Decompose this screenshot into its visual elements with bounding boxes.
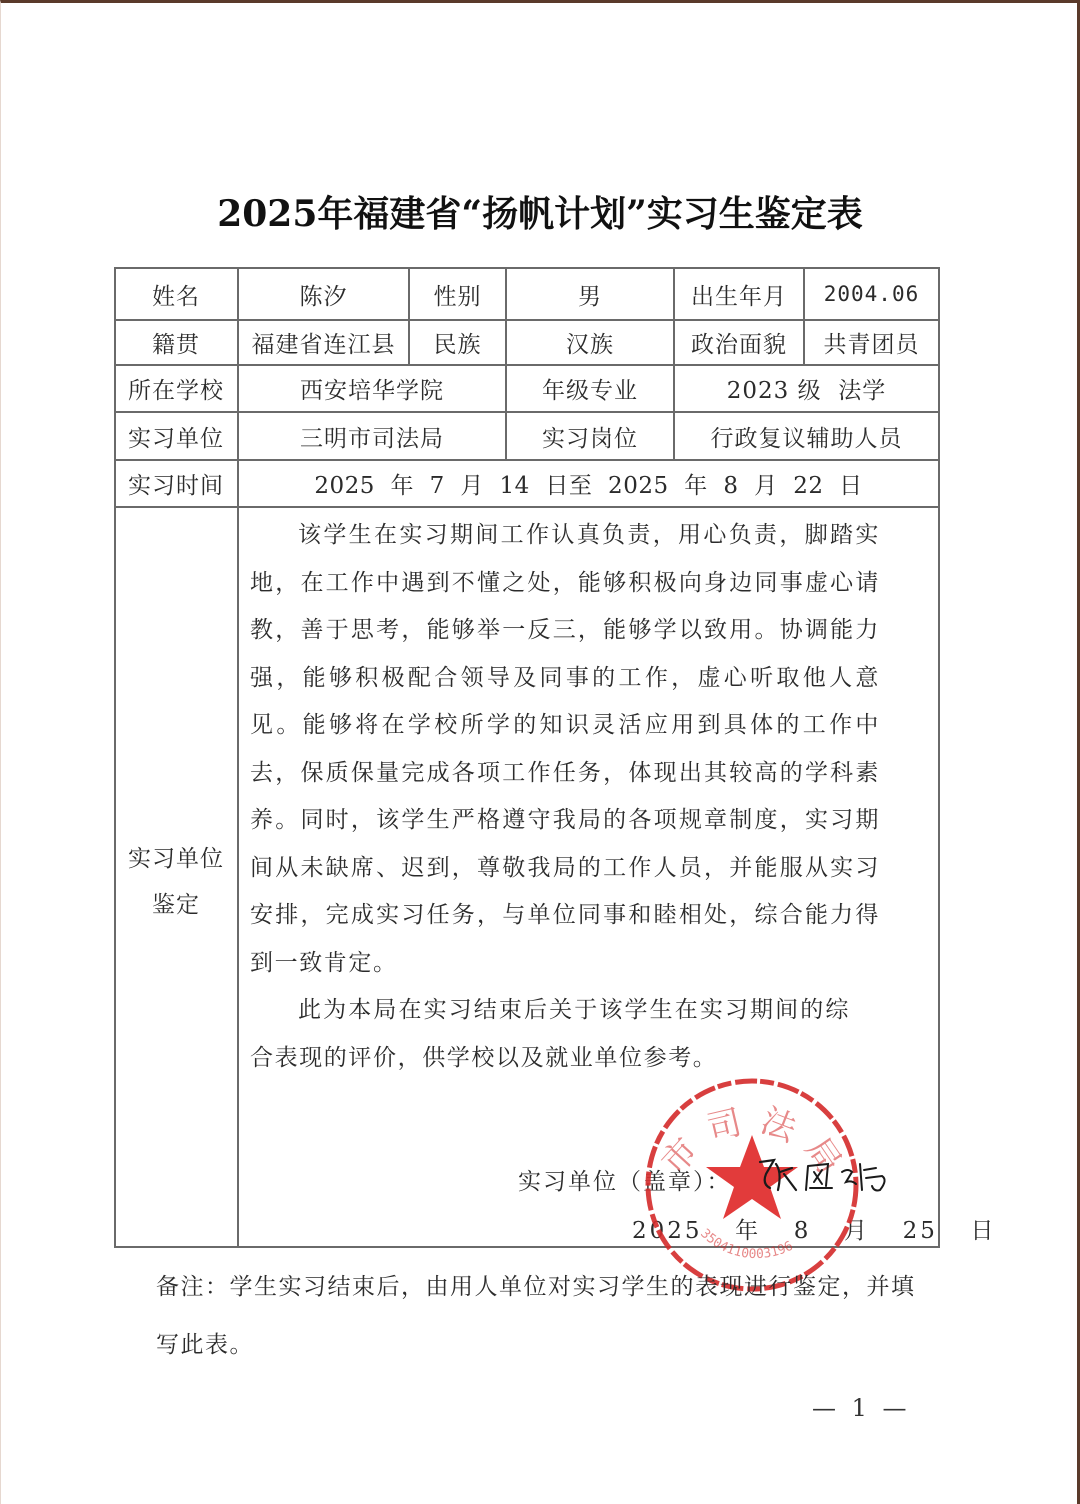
name-value: 陈汐 bbox=[239, 269, 408, 319]
document-title: 2025年福建省“扬帆计划”实习生鉴定表 bbox=[0, 188, 1080, 240]
evaluation-paragraph-1: 该学生在实习期间工作认真负责，用心负责，脚踏实地，在工作中遇到不懂之处，能够积极… bbox=[250, 512, 880, 987]
grade-major-value: 2023 级 法学 bbox=[675, 366, 938, 411]
page-number: — 1 — bbox=[812, 1394, 911, 1422]
internship-unit-value: 三明市司法局 bbox=[239, 413, 505, 459]
evaluation-date: 2025 年 8 月 25 日 bbox=[632, 1212, 997, 1245]
footnote: 备注：学生实习结束后，由用人单位对实习学生的表现进行鉴定，并填写此表。 bbox=[156, 1258, 916, 1374]
birth-date-value: 2004.06 bbox=[805, 269, 938, 319]
internship-period-label: 实习时间 bbox=[115, 461, 237, 506]
name-label: 姓名 bbox=[115, 269, 237, 319]
evaluation-paragraph-2: 此为本局在实习结束后关于该学生在实习期间的综合表现的评价，供学校以及就业单位参考… bbox=[250, 987, 880, 1082]
ethnicity-value: 汉族 bbox=[507, 321, 673, 364]
internship-position-value: 行政复议辅助人员 bbox=[675, 413, 938, 459]
native-place-label: 籍贯 bbox=[115, 321, 237, 364]
political-status-label: 政治面貌 bbox=[675, 321, 803, 364]
internship-position-label: 实习岗位 bbox=[507, 413, 673, 459]
evaluation-label-line1: 实习单位 bbox=[115, 836, 237, 882]
birth-date-label: 出生年月 bbox=[675, 269, 803, 319]
ethnicity-label: 民族 bbox=[410, 321, 505, 364]
grade-major-label: 年级专业 bbox=[507, 366, 673, 411]
evaluation-text: 该学生在实习期间工作认真负责，用心负责，脚踏实地，在工作中遇到不懂之处，能够积极… bbox=[250, 512, 880, 1082]
gender-label: 性别 bbox=[410, 269, 505, 319]
internship-unit-label: 实习单位 bbox=[115, 413, 237, 459]
seal-signature-label: 实习单位（盖章）： bbox=[518, 1163, 732, 1196]
school-value: 西安培华学院 bbox=[239, 366, 505, 411]
handwritten-signature-icon bbox=[752, 1150, 902, 1200]
native-place-value: 福建省连江县 bbox=[239, 321, 408, 364]
political-status-value: 共青团员 bbox=[805, 321, 938, 364]
internship-period-value: 2025 年 7 月 14 日至 2025 年 8 月 22 日 bbox=[239, 461, 938, 506]
school-label: 所在学校 bbox=[115, 366, 237, 411]
evaluation-label: 实习单位 鉴定 bbox=[115, 836, 237, 928]
gender-value: 男 bbox=[507, 269, 673, 319]
table-border-right bbox=[938, 267, 940, 1248]
evaluation-label-line2: 鉴定 bbox=[115, 882, 237, 928]
